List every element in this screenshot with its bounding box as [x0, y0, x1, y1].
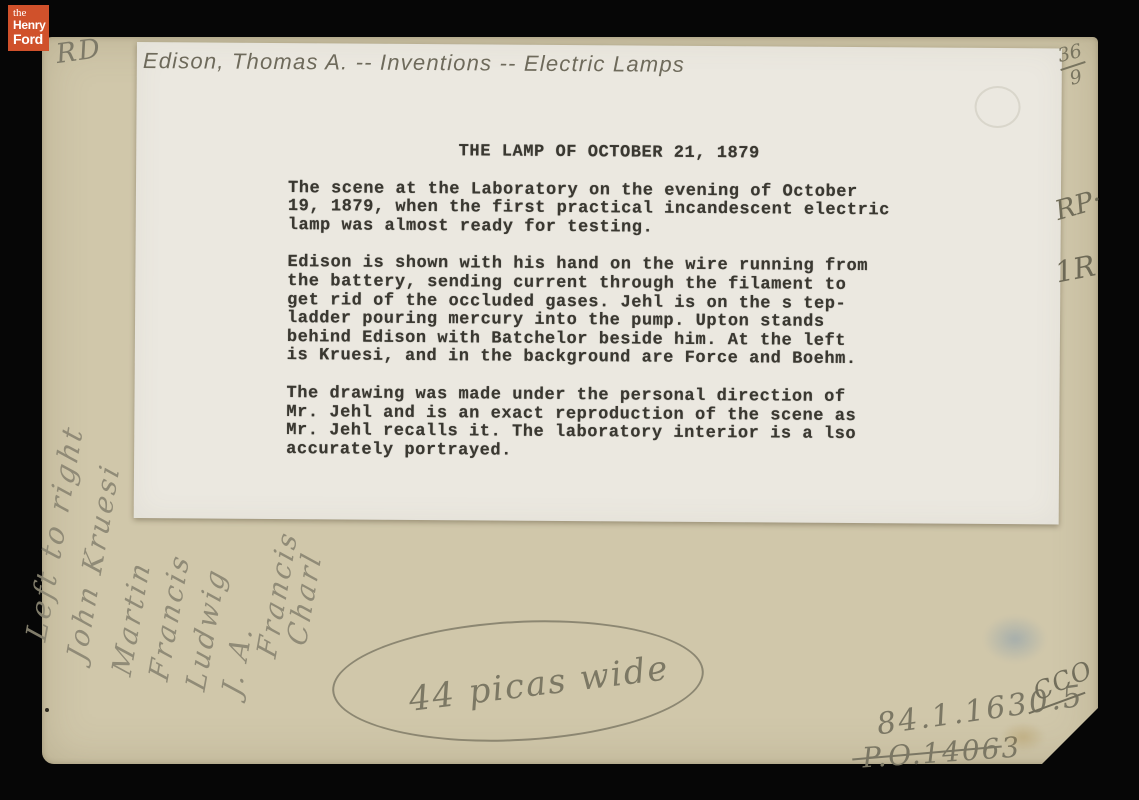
- blue-ink-smudge: [983, 615, 1047, 663]
- paragraph-2: Edison is shown with his hand on the wir…: [287, 254, 930, 370]
- faint-ring-mark: [974, 86, 1020, 128]
- yellow-stain: [1000, 722, 1046, 752]
- paragraph-3: The drawing was made under the personal …: [286, 385, 929, 464]
- subject-heading-handwriting: Edison, Thomas A. -- Inventions -- Elect…: [143, 48, 685, 78]
- rd-pencil-mark: RD: [54, 33, 104, 70]
- fraction-denominator: 9: [1067, 66, 1084, 90]
- logo-text-ford: Ford: [13, 32, 46, 46]
- document-scan-viewport: the Henry Ford Left to right John Kruesi…: [0, 0, 1139, 800]
- typed-caption-sheet: Edison, Thomas A. -- Inventions -- Elect…: [134, 42, 1062, 524]
- dark-speck: [45, 708, 49, 712]
- document-title: THE LAMP OF OCTOBER 21, 1879: [288, 142, 930, 165]
- paragraph-1: The scene at the Laboratory on the eveni…: [288, 180, 930, 240]
- henry-ford-logo: the Henry Ford: [8, 5, 49, 51]
- typed-text-block: THE LAMP OF OCTOBER 21, 1879 The scene a…: [286, 142, 930, 483]
